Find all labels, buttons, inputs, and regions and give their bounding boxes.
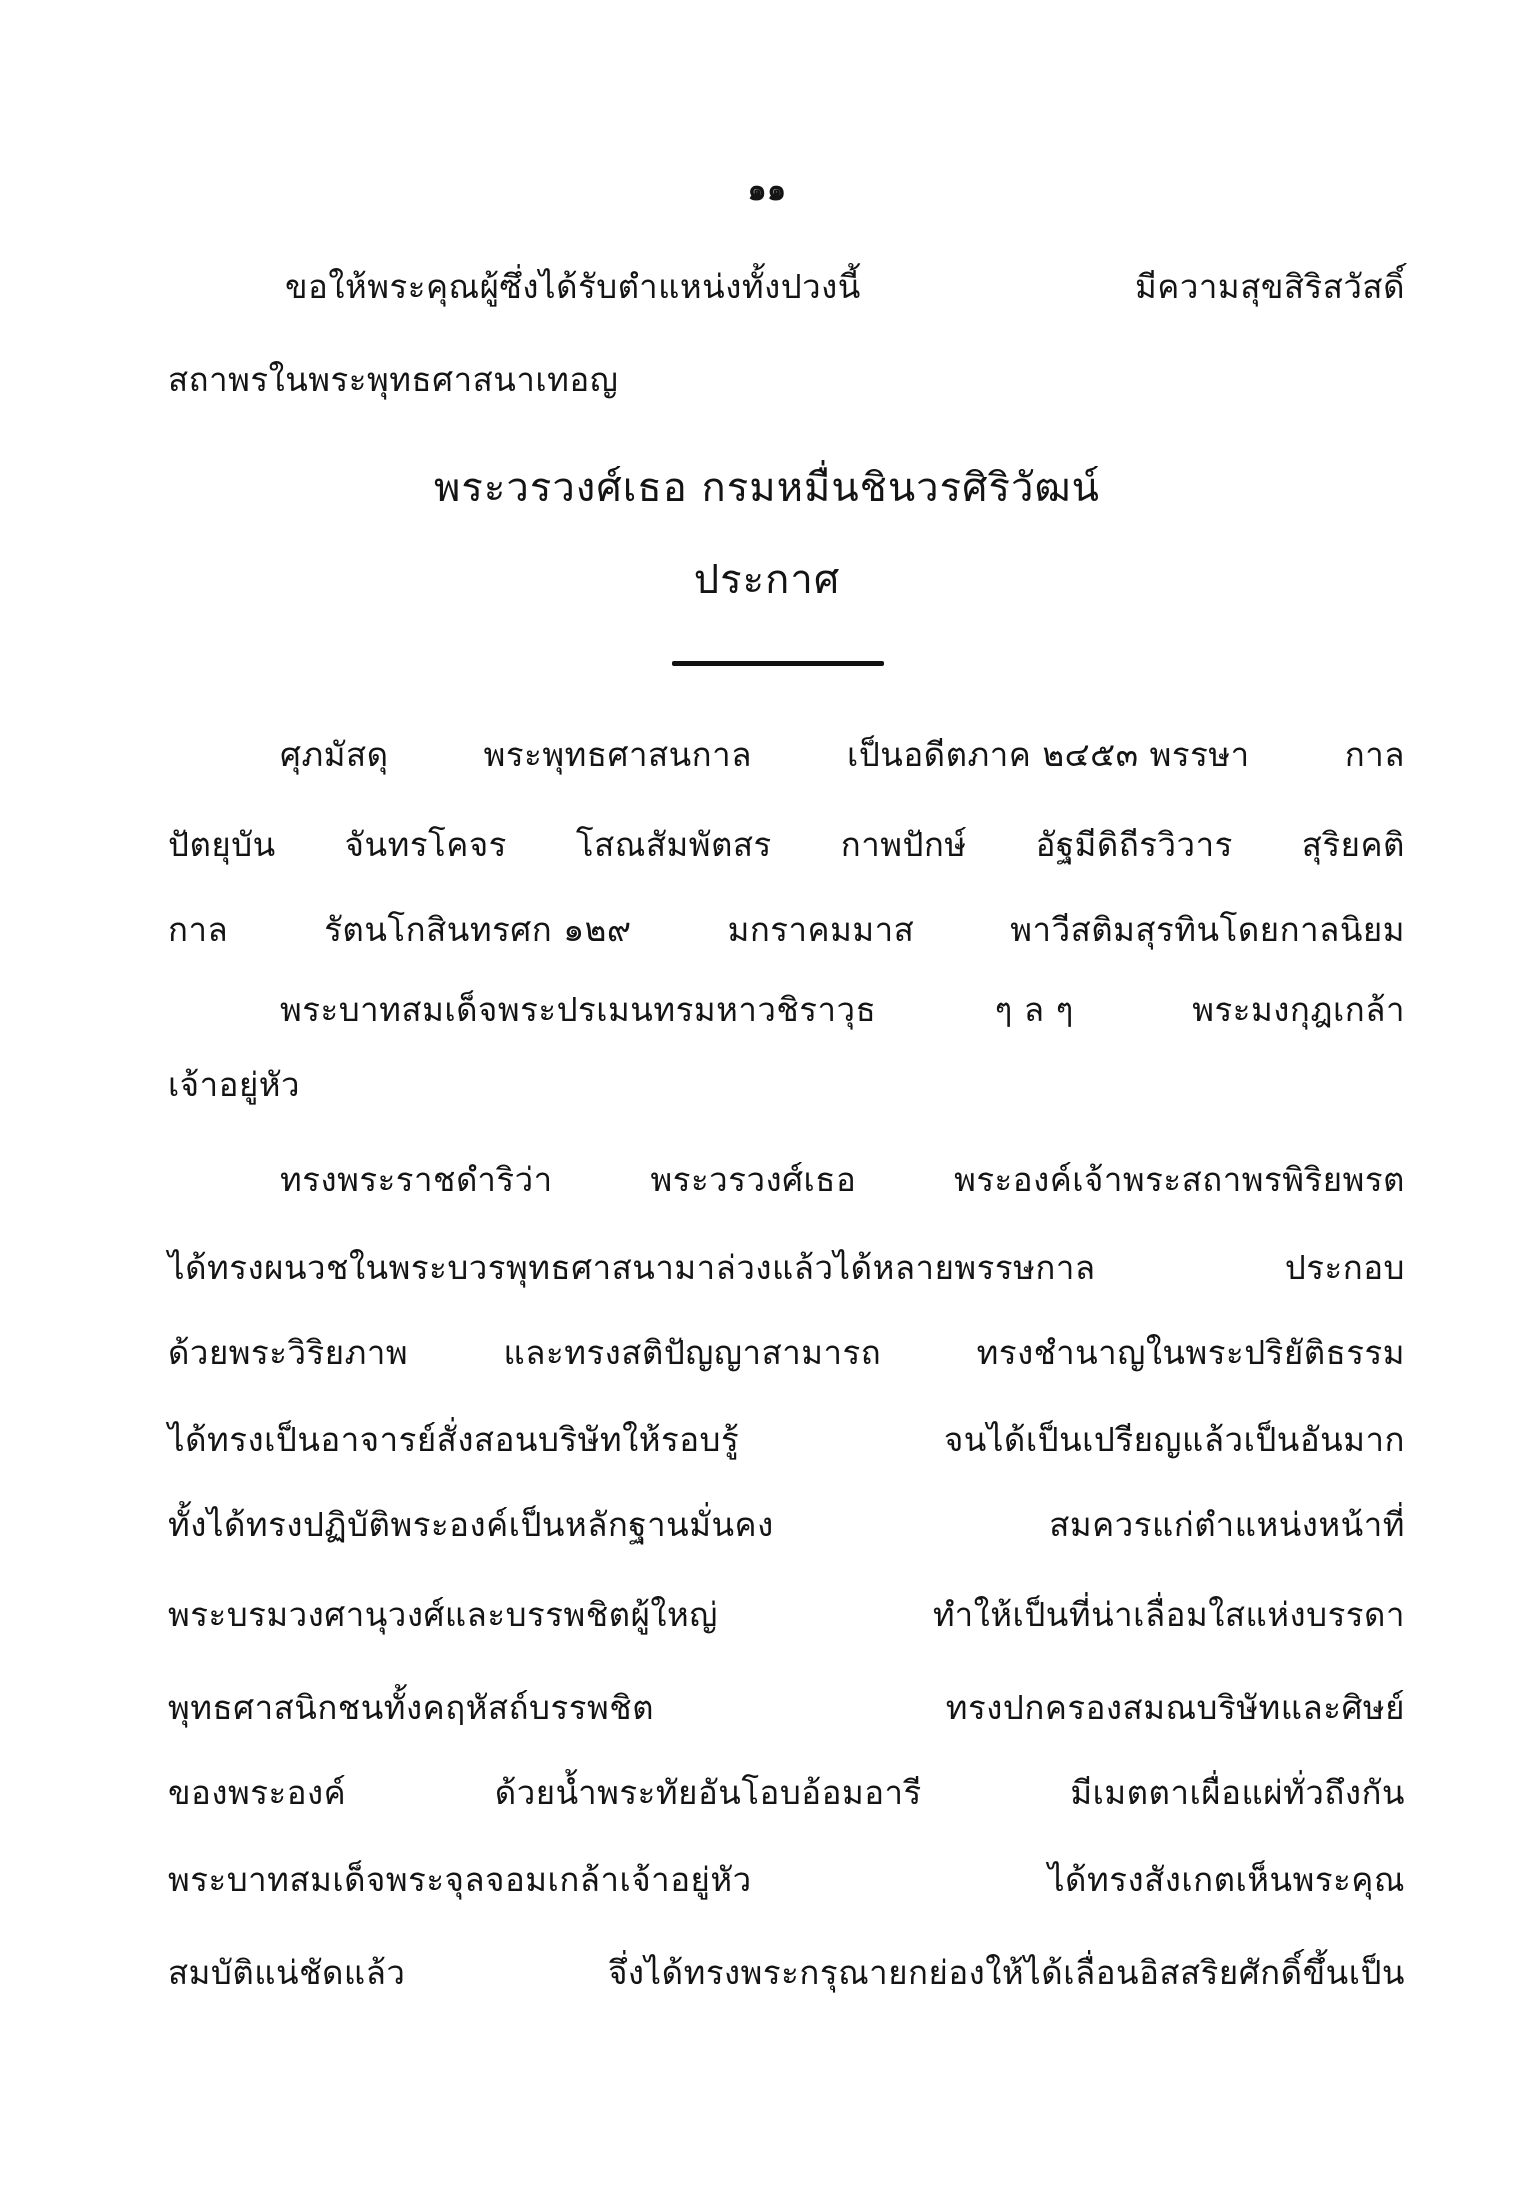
text-segment: ๆ ล ๆ [995, 985, 1074, 1035]
body-line: พระบาทสมเด็จพระจุลจอมเกล้าเจ้าอยู่หัว ได… [168, 1855, 1405, 1905]
text-segment: พาวีสติมสุรทินโดยกาลนิยม [1010, 905, 1405, 955]
body-line: ทั้งได้ทรงปฏิบัติพระองค์เป็นหลักฐานมั่นค… [168, 1500, 1405, 1550]
text-segment: ประกอบ [1285, 1243, 1405, 1293]
text-segment: พุทธศาสนิกชนทั้งคฤหัสถ์บรรพชิต [168, 1683, 654, 1733]
text-segment: พระบาทสมเด็จพระจุลจอมเกล้าเจ้าอยู่หัว [168, 1855, 752, 1905]
signatory-name: พระวรวงศ์เธอ กรมหมื่นชินวรศิริวัฒน์ [0, 463, 1534, 513]
text-segment: เป็นอดีตภาค ๒๔๕๓ พรรษา [847, 730, 1250, 780]
closing-line-1: ขอให้พระคุณผู้ซึ่งได้รับตำแหน่งทั้งปวงนี… [285, 262, 1405, 312]
text-segment: พระองค์เจ้าพระสถาพรพิริยพรต [954, 1155, 1405, 1205]
text-segment: สุริยคติ [1302, 820, 1405, 870]
body-line: ทรงพระราชดำริว่า พระวรวงศ์เธอ พระองค์เจ้… [280, 1155, 1405, 1205]
page-number: ๑๑ [0, 166, 1534, 216]
closing-text-right: มีความสุขสิริสวัสดิ์ [1135, 262, 1405, 312]
text-segment: ทรงพระราชดำริว่า [280, 1155, 553, 1205]
text-segment: ได้ทรงเป็นอาจารย์สั่งสอนบริษัทให้รอบรู้ [168, 1415, 739, 1465]
body-line: ได้ทรงผนวชในพระบวรพุทธศาสนามาล่วงแล้วได้… [168, 1243, 1405, 1293]
text-segment: จนได้เป็นเปรียญแล้วเป็นอันมาก [944, 1415, 1405, 1465]
text-segment: ได้ทรงผนวชในพระบวรพุทธศาสนามาล่วงแล้วได้… [168, 1243, 1096, 1293]
text-segment: และทรงสติปัญญาสามารถ [503, 1328, 881, 1378]
body-line: ได้ทรงเป็นอาจารย์สั่งสอนบริษัทให้รอบรู้ … [168, 1415, 1405, 1465]
body-line: ของพระองค์ ด้วยน้ำพระทัยอันโอบอ้อมอารี ม… [168, 1768, 1405, 1818]
text-segment: ทำให้เป็นที่น่าเลื่อมใสแห่งบรรดา [933, 1590, 1405, 1640]
text-segment: ปัตยุบัน [168, 820, 276, 870]
text-segment: กาล [168, 905, 228, 955]
text-segment: พระมงกุฎเกล้า [1192, 985, 1405, 1035]
body-line: พระบาทสมเด็จพระปรเมนทรมหาวชิราวุธ ๆ ล ๆ … [280, 985, 1405, 1035]
text-segment: ด้วยน้ำพระทัยอันโอบอ้อมอารี [495, 1768, 922, 1818]
text-segment: กาล [1345, 730, 1405, 780]
text-segment: มกราคมมาส [728, 905, 915, 955]
text-segment: ศุภมัสดุ [280, 730, 389, 780]
text-segment: ทรงปกครองสมณบริษัทและศิษย์ [946, 1683, 1405, 1733]
text-segment: พระบาทสมเด็จพระปรเมนทรมหาวชิราวุธ [280, 985, 876, 1035]
text-segment: สมบัติแน่ชัดแล้ว [168, 1948, 405, 1998]
body-line: ด้วยพระวิริยภาพ และทรงสติปัญญาสามารถ ทรง… [168, 1328, 1405, 1378]
text-segment: ทั้งได้ทรงปฏิบัติพระองค์เป็นหลักฐานมั่นค… [168, 1500, 774, 1550]
text-segment: ของพระองค์ [168, 1768, 346, 1818]
body-line: พุทธศาสนิกชนทั้งคฤหัสถ์บรรพชิต ทรงปกครอง… [168, 1683, 1405, 1733]
text-segment: พระพุทธศาสนกาล [484, 730, 752, 780]
body-line: เจ้าอยู่หัว [168, 1060, 300, 1110]
heading-divider [672, 661, 884, 666]
text-segment: ทรงชำนาญในพระปริยัติธรรม [977, 1328, 1405, 1378]
text-segment: ได้ทรงสังเกตเห็นพระคุณ [1048, 1855, 1405, 1905]
text-segment: อัฐมีดิถีรวิวาร [1036, 820, 1233, 870]
proclamation-title: ประกาศ [0, 555, 1534, 605]
text-segment: ด้วยพระวิริยภาพ [168, 1328, 408, 1378]
text-segment: กาพปักษ์ [841, 820, 967, 870]
text-segment: จันทรโคจร [345, 820, 507, 870]
text-segment: จึ่งได้ทรงพระกรุณายกย่องให้ได้เลื่อนอิสส… [608, 1948, 1405, 1998]
closing-text-left: ขอให้พระคุณผู้ซึ่งได้รับตำแหน่งทั้งปวงนี… [285, 262, 861, 312]
body-line: ปัตยุบัน จันทรโคจร โสณสัมพัตสร กาพปักษ์ … [168, 820, 1405, 870]
text-segment: พระวรวงศ์เธอ [650, 1155, 856, 1205]
closing-line-2: สถาพรในพระพุทธศาสนาเทอญ [168, 355, 618, 405]
body-line: พระบรมวงศานุวงศ์และบรรพชิตผู้ใหญ่ ทำให้เ… [168, 1590, 1405, 1640]
body-line: กาล รัตนโกสินทรศก ๑๒๙ มกราคมมาส พาวีสติม… [168, 905, 1405, 955]
document-page: ๑๑ ขอให้พระคุณผู้ซึ่งได้รับตำแหน่งทั้งปว… [0, 0, 1534, 2209]
text-segment: พระบรมวงศานุวงศ์และบรรพชิตผู้ใหญ่ [168, 1590, 718, 1640]
text-segment: รัตนโกสินทรศก ๑๒๙ [324, 905, 631, 955]
body-line: ศุภมัสดุ พระพุทธศาสนกาล เป็นอดีตภาค ๒๔๕๓… [280, 730, 1405, 780]
text-segment: มีเมตตาเผื่อแผ่ทั่วถึงกัน [1070, 1768, 1405, 1818]
text-segment: สมควรแก่ตำแหน่งหน้าที่ [1049, 1500, 1405, 1550]
body-line: สมบัติแน่ชัดแล้ว จึ่งได้ทรงพระกรุณายกย่อ… [168, 1948, 1405, 1998]
text-segment: โสณสัมพัตสร [576, 820, 772, 870]
